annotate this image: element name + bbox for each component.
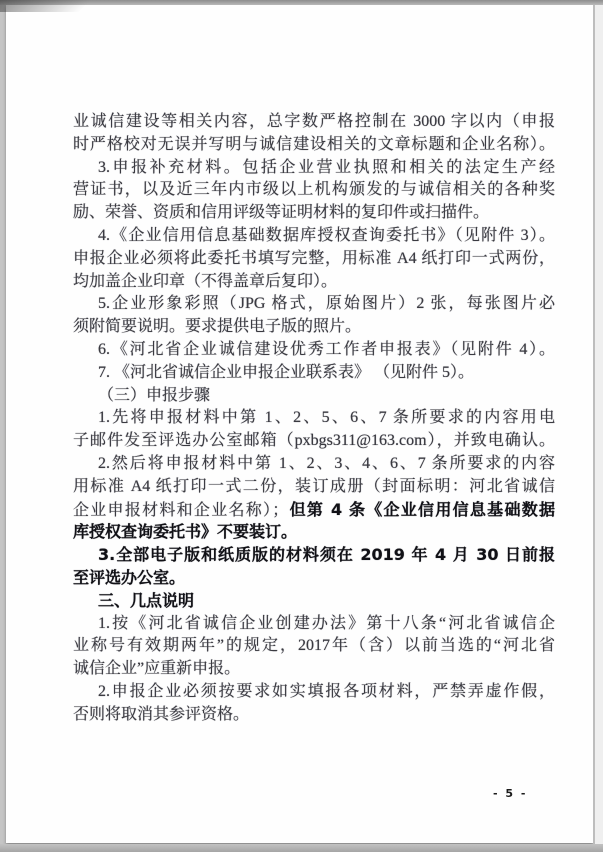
text-segment: 须附简要说明。要求提供电子版的照片。 xyxy=(73,318,361,335)
text-line: （三）申报步骤 xyxy=(73,385,555,408)
text-line: 诚信企业”应重新申报。 xyxy=(73,658,555,681)
text-segment: 子邮件发至评选办公室邮箱（pxbgs311@163.com），并致电确认。 xyxy=(73,432,555,449)
text-segment: 营证书，以及近三年内市级以上机构颁发的与诚信相关的各种奖 xyxy=(73,181,555,198)
text-line: 3.申报补充材料。包括企业营业执照和相关的法定生产经 xyxy=(73,157,555,180)
text-segment: 用标准 A4 纸打印一式二份，装订成册（封面标明：河北省诚信 xyxy=(73,478,555,495)
text-line: 1.先将申报材料中第 1、2、5、6、7 条所要求的内容用电 xyxy=(73,407,555,430)
text-line: 至评选办公室。 xyxy=(73,567,555,590)
text-line: 申报企业必须将此委托书填写完整，用标准 A4 纸打印一式两份， xyxy=(73,248,555,271)
text-line: 励、荣誉、资质和信用评级等证明材料的复印件或扫描件。 xyxy=(73,202,555,225)
text-line: 6.《河北省企业诚信建设优秀工作者申报表》（见附件 4）。 xyxy=(73,339,555,362)
text-segment: 1.按《河北省诚信企业创建办法》第十八条“河北省诚信企 xyxy=(98,615,555,632)
bold-text-segment: 库授权查询委托书》不要装订。 xyxy=(73,522,297,541)
text-segment: 7. 《河北省诚信企业申报企业联系表》 （见附件 5）。 xyxy=(98,364,474,381)
text-line: 营证书，以及近三年内市级以上机构颁发的与诚信相关的各种奖 xyxy=(73,179,555,202)
text-line: 3.全部电子版和纸质版的材料须在 2019 年 4 月 30 日前报 xyxy=(73,544,555,567)
text-line: 均加盖企业印章（不得盖章后复印）。 xyxy=(73,271,555,294)
text-segment: 均加盖企业印章（不得盖章后复印）。 xyxy=(73,273,337,290)
text-line: 须附简要说明。要求提供电子版的照片。 xyxy=(73,316,555,339)
text-segment: 1.先将申报材料中第 1、2、5、6、7 条所要求的内容用电 xyxy=(98,409,555,426)
text-line: 5.企业形象彩照（JPG 格式，原始图片）2 张，每张图片必 xyxy=(73,293,555,316)
bold-text-segment: 三、几点说明 xyxy=(98,591,194,610)
scan-corner-shadow xyxy=(0,0,110,12)
text-line: 三、几点说明 xyxy=(73,590,555,613)
document-body: 业诚信建设等相关内容，总字数严格控制在 3000 字以内（申报时严格校对无误并写… xyxy=(73,111,555,727)
text-segment: 申报企业必须将此委托书填写完整，用标准 A4 纸打印一式两份， xyxy=(73,250,555,267)
text-line: 4.《企业信用信息基础数据库授权查询委托书》（见附件 3）。 xyxy=(73,225,555,248)
text-segment: （三）申报步骤 xyxy=(98,387,210,404)
text-segment: 时严格校对无误并写明与诚信建设相关的文章标题和企业名称）。 xyxy=(73,136,555,153)
text-segment: 2.申报企业必须按要求如实填报各项材料，严禁弄虚作假， xyxy=(98,683,555,700)
bold-text-segment: 3.全部电子版和纸质版的材料须在 2019 年 4 月 30 日前报 xyxy=(98,545,555,564)
text-line: 库授权查询委托书》不要装订。 xyxy=(73,521,555,544)
text-segment: 业诚信建设等相关内容，总字数严格控制在 3000 字以内（申报 xyxy=(73,113,555,130)
text-segment: 业称号有效期两年”的规定，2017年（含）以前当选的“河北省 xyxy=(73,637,555,654)
text-line: 子邮件发至评选办公室邮箱（pxbgs311@163.com），并致电确认。 xyxy=(73,430,555,453)
text-line: 2.然后将申报材料中第 1、2、3、4、6、7 条所要求的内容 xyxy=(73,453,555,476)
text-line: 否则将取消其参评资格。 xyxy=(73,704,555,727)
text-segment: 6.《河北省企业诚信建设优秀工作者申报表》（见附件 4）。 xyxy=(98,341,555,358)
text-segment: 2.然后将申报材料中第 1、2、3、4、6、7 条所要求的内容 xyxy=(98,455,555,472)
text-line: 时严格校对无误并写明与诚信建设相关的文章标题和企业名称）。 xyxy=(73,134,555,157)
text-segment: 励、荣誉、资质和信用评级等证明材料的复印件或扫描件。 xyxy=(73,204,489,221)
document-page: 业诚信建设等相关内容，总字数严格控制在 3000 字以内（申报时严格校对无误并写… xyxy=(6,5,593,843)
text-line: 1.按《河北省诚信企业创建办法》第十八条“河北省诚信企 xyxy=(73,613,555,636)
page-number: - 5 - xyxy=(493,787,527,800)
bold-text-segment: 至评选办公室。 xyxy=(73,568,185,587)
text-line: 企业申报材料和企业名称）；但第 4 条《企业信用信息基础数据 xyxy=(73,499,555,522)
text-segment: 诚信企业”应重新申报。 xyxy=(73,660,240,677)
text-line: 7. 《河北省诚信企业申报企业联系表》 （见附件 5）。 xyxy=(73,362,555,385)
scanned-document-screenshot: { "page": { "number_label": "- 5 -" }, "… xyxy=(0,0,603,852)
scan-edge-right xyxy=(593,0,603,852)
scan-edge-bottom xyxy=(0,844,603,852)
text-segment: 5.企业形象彩照（JPG 格式，原始图片）2 张，每张图片必 xyxy=(98,295,555,312)
text-segment: 4.《企业信用信息基础数据库授权查询委托书》（见附件 3）。 xyxy=(98,227,555,244)
text-segment: 3.申报补充材料。包括企业营业执照和相关的法定生产经 xyxy=(98,159,555,176)
text-line: 业称号有效期两年”的规定，2017年（含）以前当选的“河北省 xyxy=(73,635,555,658)
bold-text-segment: 但第 4 条《企业信用信息基础数据 xyxy=(288,500,555,519)
text-line: 用标准 A4 纸打印一式二份，装订成册（封面标明：河北省诚信 xyxy=(73,476,555,499)
text-segment: 企业申报材料和企业名称）； xyxy=(73,502,288,519)
text-line: 业诚信建设等相关内容，总字数严格控制在 3000 字以内（申报 xyxy=(73,111,555,134)
text-segment: 否则将取消其参评资格。 xyxy=(73,706,249,723)
text-line: 2.申报企业必须按要求如实填报各项材料，严禁弄虚作假， xyxy=(73,681,555,704)
